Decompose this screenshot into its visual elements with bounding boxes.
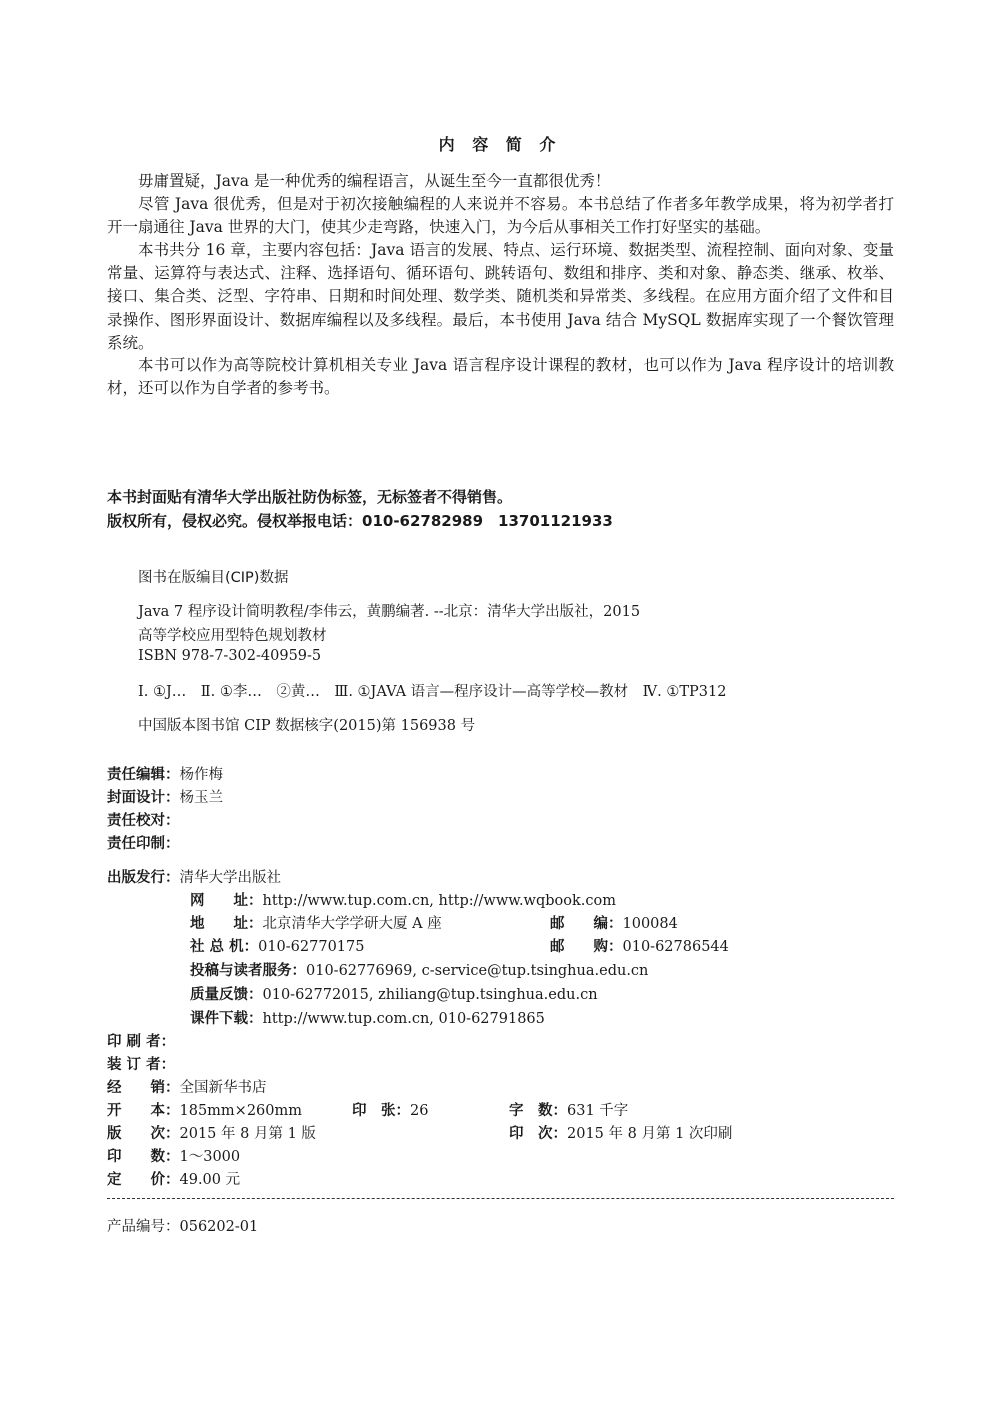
credit-value: 杨作梅 (180, 767, 224, 783)
product-code-value: 056202-01 (180, 1219, 259, 1235)
publisher-name: 清华大学出版社 (180, 870, 282, 886)
word-count-label: 字 数： (509, 1103, 567, 1119)
credit-label: 责任校对： (107, 813, 180, 829)
binder-label: 装 订 者： (107, 1057, 175, 1073)
mail-order-value: 010-62786544 (623, 939, 729, 955)
download-label: 课件下载： (190, 1011, 263, 1027)
summary-title: 内 容 简 介 (0, 132, 1000, 155)
cip-classification-line: Ⅰ. ①J… Ⅱ. ①李… ②黄… Ⅲ. ①JAVA 语言—程序设计—高等学校—… (138, 680, 726, 701)
publisher-row: 出版发行：清华大学出版社 (107, 867, 281, 889)
cip-title-line: Java 7 程序设计简明教程/李伟云，黄鹏编著. --北京：清华大学出版社，2… (138, 600, 640, 621)
credit-label: 责任编辑： (107, 767, 180, 783)
distributor-value: 全国新华书店 (180, 1080, 267, 1096)
website-row: 网 址：http://www.tup.com.cn, http://www.wq… (190, 890, 616, 912)
printing-row: 印 次：2015 年 8 月第 1 次印刷 (509, 1123, 732, 1145)
price-row: 定 价：49.00 元 (107, 1169, 240, 1191)
mail-order-row: 邮 购：010-62786544 (550, 936, 729, 958)
website-label: 网 址： (190, 893, 263, 909)
word-count-value: 631 千字 (567, 1103, 628, 1119)
product-code-label: 产品编号： (107, 1219, 180, 1235)
copies-value: 1～3000 (180, 1149, 241, 1165)
switchboard-value: 010-62770175 (258, 939, 364, 955)
switchboard-row: 社 总 机：010-62770175 (190, 936, 365, 958)
anti-counterfeit-notice: 本书封面贴有清华大学出版社防伪标签，无标签者不得销售。 (107, 486, 512, 507)
reader-service-row: 投稿与读者服务：010-62776969, c-service@tup.tsin… (190, 960, 648, 982)
product-code-row: 产品编号：056202-01 (107, 1216, 258, 1238)
sheets-label: 印 张： (352, 1103, 410, 1119)
format-value: 185mm×260mm (180, 1103, 303, 1119)
credit-label: 责任印制： (107, 836, 180, 852)
summary-paragraph-3: 本书共分 16 章，主要内容包括：Java 语言的发展、特点、运行环境、数据类型… (107, 239, 894, 355)
publisher-label: 出版发行： (107, 870, 180, 886)
credit-proofreader: 责任校对： (107, 810, 180, 832)
divider-line (107, 1198, 894, 1199)
cip-isbn-line: ISBN 978-7-302-40959-5 (138, 648, 321, 664)
word-count-row: 字 数：631 千字 (509, 1100, 628, 1122)
edition-row: 版 次：2015 年 8 月第 1 版 (107, 1123, 316, 1145)
credit-print-supervisor: 责任印制： (107, 833, 180, 855)
distributor-row: 经 销：全国新华书店 (107, 1077, 267, 1099)
edition-value: 2015 年 8 月第 1 版 (180, 1126, 316, 1142)
download-row: 课件下载：http://www.tup.com.cn, 010-62791865 (190, 1008, 545, 1030)
reader-service-label: 投稿与读者服务： (190, 963, 306, 979)
printer-label: 印 刷 者： (107, 1034, 175, 1050)
address-value: 北京清华大学学研大厦 A 座 (263, 916, 442, 932)
cip-series-line: 高等学校应用型特色规划教材 (138, 624, 327, 645)
sheets-row: 印 张：26 (352, 1100, 428, 1122)
summary-paragraph-4: 本书可以作为高等院校计算机相关专业 Java 语言程序设计课程的教材，也可以作为… (107, 354, 894, 400)
feedback-label: 质量反馈： (190, 987, 263, 1003)
cip-record-line: 中国版本图书馆 CIP 数据核字(2015)第 156938 号 (138, 714, 475, 735)
download-value: http://www.tup.com.cn, 010-62791865 (263, 1011, 545, 1027)
printing-label: 印 次： (509, 1126, 567, 1142)
credit-value: 杨玉兰 (180, 790, 224, 806)
postcode-label: 邮 编： (550, 916, 623, 932)
reader-service-value: 010-62776969, c-service@tup.tsinghua.edu… (306, 963, 648, 979)
distributor-label: 经 销： (107, 1080, 180, 1096)
price-value: 49.00 元 (180, 1172, 241, 1188)
website-value: http://www.tup.com.cn, http://www.wqbook… (263, 893, 616, 909)
format-label: 开 本： (107, 1103, 180, 1119)
summary-paragraph-2: 尽管 Java 很优秀，但是对于初次接触编程的人来说并不容易。本书总结了作者多年… (107, 193, 894, 239)
switchboard-label: 社 总 机： (190, 939, 258, 955)
credit-editor: 责任编辑：杨作梅 (107, 764, 223, 786)
postcode-value: 100084 (623, 916, 678, 932)
postcode-row: 邮 编：100084 (550, 913, 678, 935)
cip-heading: 图书在版编目(CIP)数据 (138, 566, 288, 587)
feedback-row: 质量反馈：010-62772015, zhiliang@tup.tsinghua… (190, 984, 598, 1006)
printer-row: 印 刷 者： (107, 1031, 175, 1053)
summary-paragraph-1: 毋庸置疑，Java 是一种优秀的编程语言，从诞生至今一直都很优秀！ (107, 170, 894, 193)
format-row: 开 本：185mm×260mm (107, 1100, 302, 1122)
copies-row: 印 数：1～3000 (107, 1146, 240, 1168)
binder-row: 装 订 者： (107, 1054, 175, 1076)
printing-value: 2015 年 8 月第 1 次印刷 (567, 1126, 732, 1142)
mail-order-label: 邮 购： (550, 939, 623, 955)
address-label: 地 址： (190, 916, 263, 932)
copyright-notice: 版权所有，侵权必究。侵权举报电话：010-62782989 1370112193… (107, 510, 613, 531)
credit-label: 封面设计： (107, 790, 180, 806)
address-row: 地 址：北京清华大学学研大厦 A 座 (190, 913, 442, 935)
credit-cover-design: 封面设计：杨玉兰 (107, 787, 223, 809)
sheets-value: 26 (410, 1103, 428, 1119)
edition-label: 版 次： (107, 1126, 180, 1142)
copies-label: 印 数： (107, 1149, 180, 1165)
feedback-value: 010-62772015, zhiliang@tup.tsinghua.edu.… (263, 987, 598, 1003)
price-label: 定 价： (107, 1172, 180, 1188)
